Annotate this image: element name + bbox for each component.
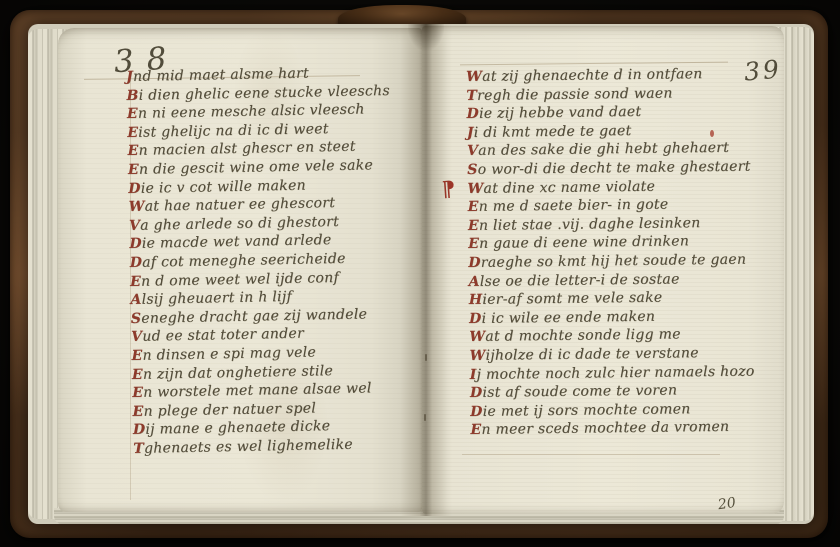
manuscript-line: En meer sceds mochtee da vromen xyxy=(470,418,755,440)
manuscript-line: So wor-di die decht te make ghestaert xyxy=(467,157,752,179)
ruled-line-bottom-right xyxy=(462,454,720,455)
manuscript-line: Draeghe so kmt hij het soude te gaen xyxy=(468,250,753,272)
left-page-text: Jnd mid maet alsme hartBi dien ghelic ee… xyxy=(126,63,397,458)
book-cover: 38 Jnd mid maet alsme hartBi dien ghelic… xyxy=(10,10,828,538)
corner-folio-number: 20 xyxy=(717,495,737,513)
binding-stitch xyxy=(424,414,426,421)
manuscript-line: Ij mochte noch zulc hier namaels hozo xyxy=(470,362,755,384)
photo-backdrop: 38 Jnd mid maet alsme hartBi dien ghelic… xyxy=(0,0,840,547)
red-ink-speck xyxy=(710,130,714,137)
left-page: 38 Jnd mid maet alsme hartBi dien ghelic… xyxy=(58,28,422,512)
binding-stitch xyxy=(425,354,427,361)
right-page-text: Wat zij ghenaechte d in ontfaenTregh die… xyxy=(466,65,755,440)
page-block: 38 Jnd mid maet alsme hartBi dien ghelic… xyxy=(28,24,814,524)
pilcrow-mark: ¶ xyxy=(441,176,456,202)
right-page: 39 ¶ Wat zij ghenaechte d in ontfaenTreg… xyxy=(422,26,784,514)
manuscript-line: Tghenaets es wel lighemelike xyxy=(133,435,397,459)
